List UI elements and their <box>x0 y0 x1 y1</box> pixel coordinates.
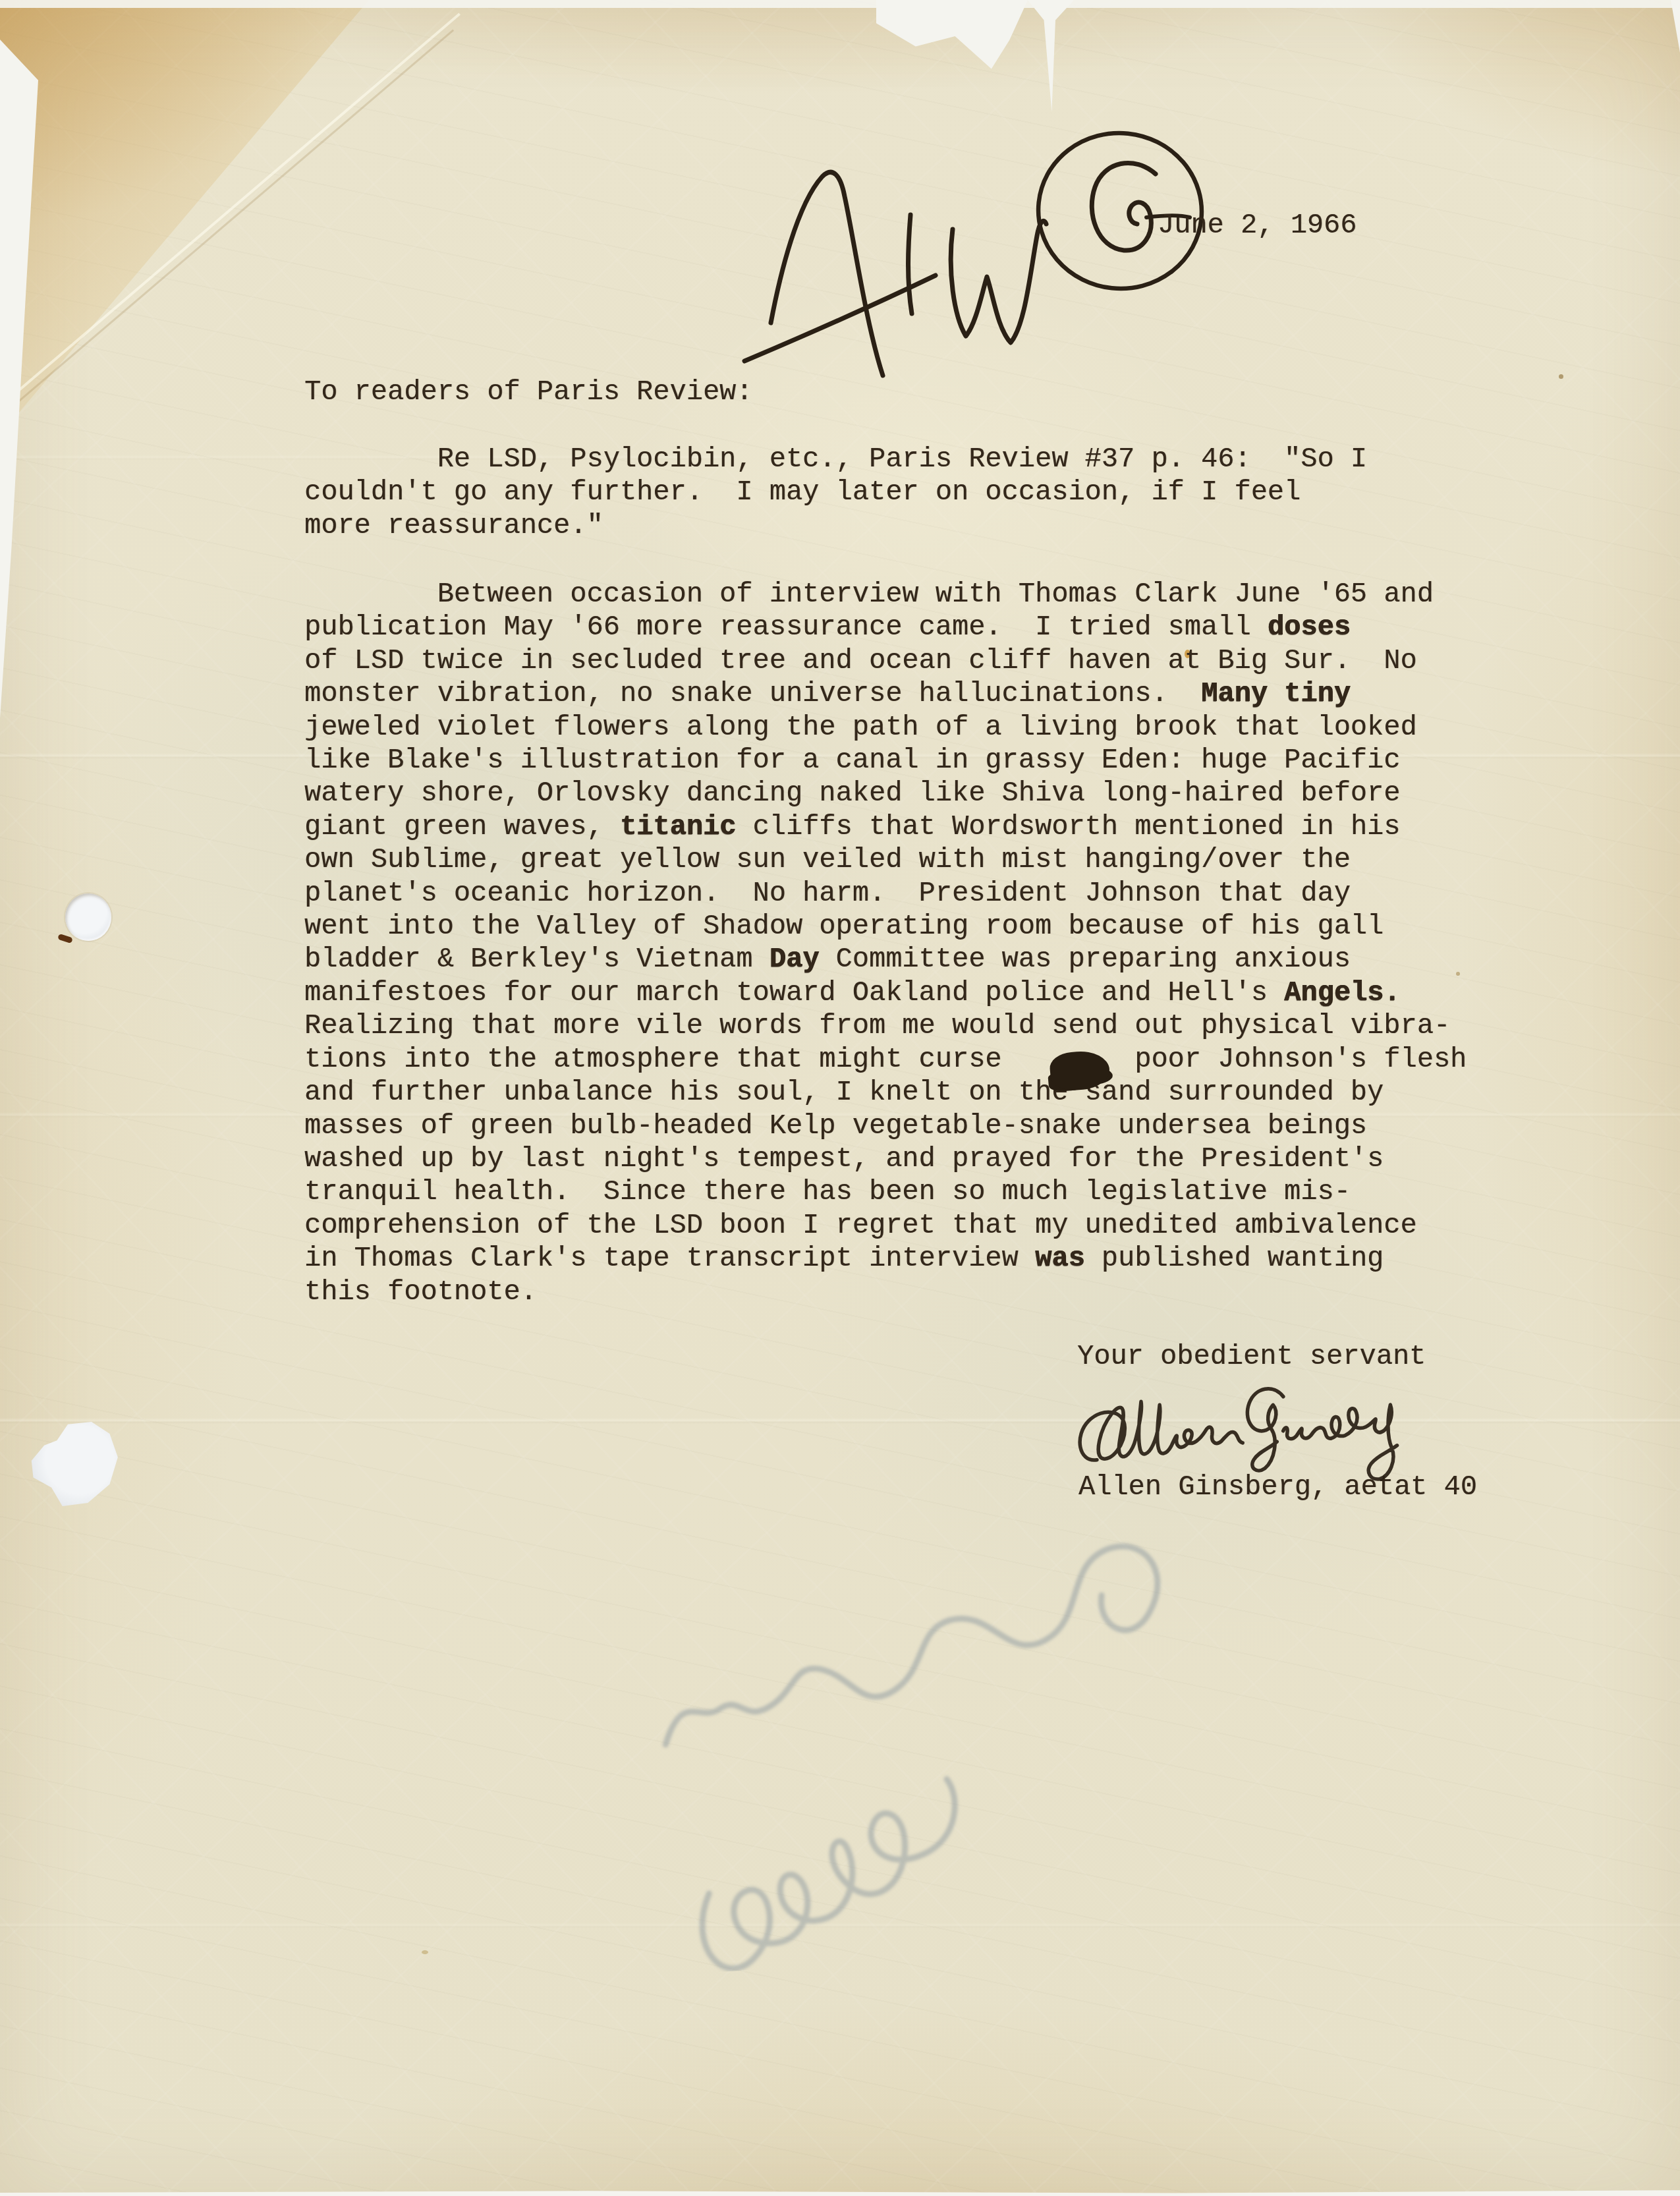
letter-line: manifestoes for our march toward Oakland… <box>304 976 1467 1009</box>
torn-edge <box>0 0 1680 8</box>
paragraph-2: Between occasion of interview with Thoma… <box>304 578 1467 1309</box>
signature <box>1071 1363 1412 1513</box>
letter-line: jeweled violet flowers along the path of… <box>304 711 1467 744</box>
letter-line: Between occasion of interview with Thoma… <box>304 578 1467 611</box>
letter-line: monster vibration, no snake universe hal… <box>304 677 1467 710</box>
bleedthrough-writing <box>552 1484 1306 1981</box>
letter-line: this footnote. <box>304 1276 1467 1309</box>
punch-hole <box>65 893 111 941</box>
letter-line: publication May '66 more reassurance cam… <box>304 611 1467 644</box>
letter-line: bladder & Berkley's Vietnam Day Committe… <box>304 943 1467 976</box>
letter-line: Realizing that more vile words from me w… <box>304 1009 1467 1042</box>
letter-line: couldn't go any further. I may later on … <box>304 476 1367 509</box>
letter-line: Re LSD, Psylocibin, etc., Paris Review #… <box>304 443 1367 476</box>
letter-line: tions into the atmosphere that might cur… <box>304 1043 1467 1076</box>
letter-line: masses of green bulb-headed Kelp vegetab… <box>304 1110 1467 1142</box>
salutation: To readers of Paris Review: <box>304 376 753 408</box>
letter-line: watery shore, Orlovsky dancing naked lik… <box>304 777 1467 810</box>
letter-line: giant green waves, titanic cliffs that W… <box>304 810 1467 843</box>
letter-line: in Thomas Clark's tape transcript interv… <box>304 1242 1467 1275</box>
letter-line: like Blake's illustration for a canal in… <box>304 744 1467 777</box>
letter-line: planet's oceanic horizon. No harm. Presi… <box>304 877 1467 910</box>
date-line: June 2, 1966 <box>1158 209 1357 242</box>
letter-line: washed up by last night's tempest, and p… <box>304 1142 1467 1175</box>
letter-g-stroke <box>1092 163 1156 250</box>
letter-line: more reassurance." <box>304 509 1367 542</box>
letter-w-stroke <box>951 221 1046 343</box>
paper-fleck <box>422 1950 428 1954</box>
letter-line: and further unbalance his soul, I knelt … <box>304 1076 1467 1109</box>
letter-line: went into the Valley of Shadow operating… <box>304 910 1467 943</box>
paragraph-1: Re LSD, Psylocibin, etc., Paris Review #… <box>304 443 1367 542</box>
letter-line: own Sublime, great yellow sun veiled wit… <box>304 843 1467 876</box>
paper-fleck <box>1559 374 1563 379</box>
letter-line: of LSD twice in secluded tree and ocean … <box>304 644 1467 677</box>
letter-scan-page: June 2, 1966 To readers of Paris Review:… <box>0 0 1680 2196</box>
letter-line: comprehension of the LSD boon I regret t… <box>304 1209 1467 1242</box>
handwritten-initials <box>725 119 1278 395</box>
letter-line: tranquil health. Since there has been so… <box>304 1175 1467 1208</box>
plus-stroke <box>909 215 912 314</box>
